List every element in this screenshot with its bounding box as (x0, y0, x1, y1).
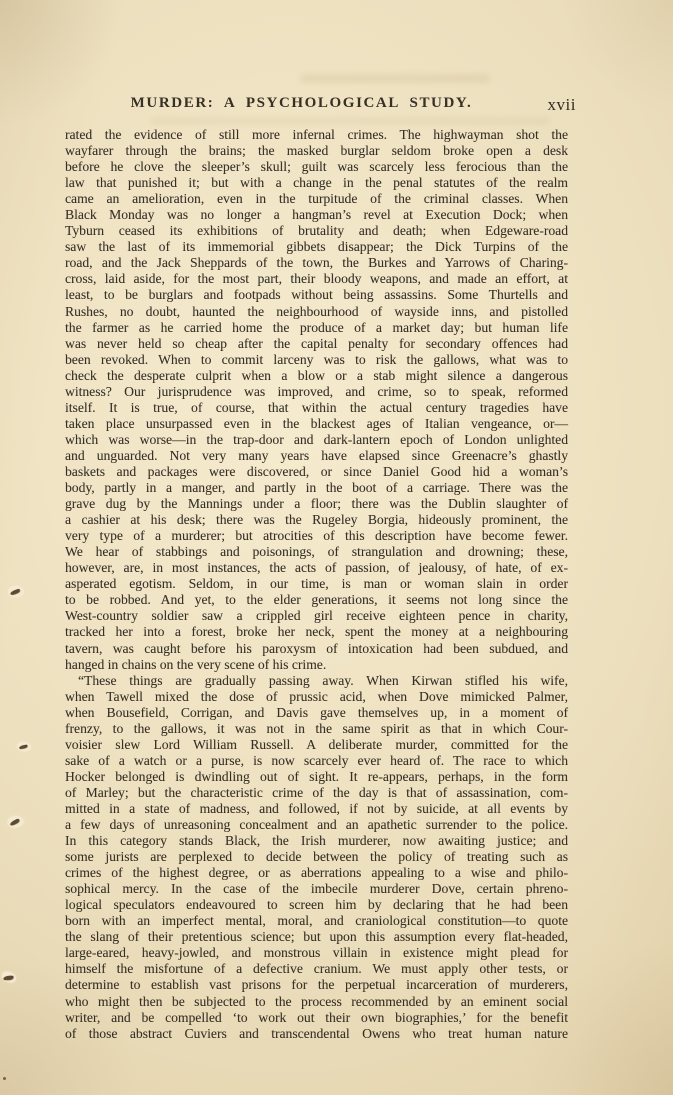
text-line: asperated egotism. Seldom, in our time, … (65, 576, 568, 592)
text-line: check the desperate culprit when a blow … (65, 368, 568, 384)
text-line: tavern, was caught before his paroxysm o… (65, 641, 568, 657)
book-page: MURDER: A PSYCHOLOGICAL STUDY. xvii rate… (0, 0, 673, 1095)
text-line: came an amelioration, even in the turpit… (65, 191, 568, 207)
body-text: rated the evidence of still more inferna… (65, 127, 568, 1042)
text-line: the farmer as he carried home the produc… (65, 320, 568, 336)
paper-chip (1, 970, 18, 984)
text-line: sophical mercy. In the case of the imbec… (65, 881, 568, 897)
blemish-mark (19, 744, 28, 749)
text-line: large-eared, heavy-jowled, and monstrous… (65, 945, 568, 961)
paper-chip (8, 586, 24, 597)
paper-chip (7, 815, 24, 828)
paper-chip (17, 741, 32, 752)
text-line: itself. It is true, of course, that with… (65, 400, 568, 416)
text-line: the slang of their pretentious science; … (65, 929, 568, 945)
text-line: when Tawell mixed the dose of prussic ac… (65, 689, 568, 705)
text-line: law that punished it; but with a change … (65, 175, 568, 191)
text-line: of Marley; but the characteristic crime … (65, 785, 568, 801)
text-line: baskets and packages were discovered, or… (65, 464, 568, 480)
text-line: least, to be burglars and footpads witho… (65, 287, 568, 303)
text-line: saw the last of its immemorial gibbets d… (65, 239, 568, 255)
text-line: voisier slew Lord William Russell. A del… (65, 737, 568, 753)
text-line: West-country soldier saw a crippled girl… (65, 608, 568, 624)
text-line: crimes of the highest degree, or as aber… (65, 865, 568, 881)
text-line: born with an imperfect mental, moral, an… (65, 913, 568, 929)
text-line: Rushes, no doubt, haunted the neighbourh… (65, 304, 568, 320)
text-line: tracked her into a forest, broke her nec… (65, 624, 568, 640)
paragraph: rated the evidence of still more inferna… (65, 127, 568, 673)
blemish-mark (9, 818, 20, 826)
blemish-mark (10, 589, 21, 596)
text-line: determine to establish vast prisons for … (65, 977, 568, 993)
text-line: witness? Our jurisprudence was improved,… (65, 384, 568, 400)
reverse-side-show-through (300, 74, 490, 83)
text-line: We hear of stabbings and poisonings, of … (65, 544, 568, 560)
running-header: MURDER: A PSYCHOLOGICAL STUDY. xvii (65, 95, 568, 115)
text-line: however, are, in most instances, the act… (65, 560, 568, 576)
text-line: a cashier at his desk; there was the Rug… (65, 512, 568, 528)
text-line: a few days of unreasoning concealment an… (65, 817, 568, 833)
text-line: writer, and be compelled ‘to work out th… (65, 1010, 568, 1026)
text-line: to be robbed. And yet, to the elder gene… (65, 592, 568, 608)
text-line: rated the evidence of still more inferna… (65, 127, 568, 143)
blemish-mark (3, 975, 13, 980)
text-line: when Bousefield, Corrigan, and Davis gav… (65, 705, 568, 721)
text-line: taken place unsurpassed even in the blac… (65, 416, 568, 432)
text-line: very type of a murderer; but atrocities … (65, 528, 568, 544)
text-line: which was worse—in the trap-door and dar… (65, 432, 568, 448)
paragraph: “These things are gradually passing away… (65, 673, 568, 1042)
page-title: MURDER: A PSYCHOLOGICAL STUDY. (65, 95, 538, 112)
text-line: frenzy, to the gallows, it was not in th… (65, 721, 568, 737)
text-line: wayfarer through the brains; the masked … (65, 143, 568, 159)
ink-speck (3, 1077, 6, 1080)
text-line: mitted in a state of madness, and follow… (65, 801, 568, 817)
text-line: hanged in chains on the very scene of hi… (65, 657, 568, 673)
text-line: of those abstract Cuviers and transcende… (65, 1026, 568, 1042)
text-line: sake of a watch or a purse, is now scarc… (65, 753, 568, 769)
text-line: road, and the Jack Sheppards of the town… (65, 255, 568, 271)
reverse-side-show-through (150, 117, 550, 125)
text-line: logical speculators endeavoured to scree… (65, 897, 568, 913)
text-line: Tyburn ceased its exhibitions of brutali… (65, 223, 568, 239)
text-line: been revoked. When to commit larceny was… (65, 352, 568, 368)
text-line: cross, laid aside, for the most part, th… (65, 271, 568, 287)
text-line: who might then be subjected to the proce… (65, 994, 568, 1010)
text-line: and unguarded. Not very many years have … (65, 448, 568, 464)
text-line: before he clove the sleeper’s skull; gui… (65, 159, 568, 175)
text-line: body, partly in a manger, and partly in … (65, 480, 568, 496)
text-line: some jurists are perplexed to decide bet… (65, 849, 568, 865)
page-number: xvii (548, 95, 576, 115)
text-line: himself the misfortune of a defective cr… (65, 961, 568, 977)
text-line: “These things are gradually passing away… (65, 673, 568, 689)
text-line: was never held so cheap after the capita… (65, 336, 568, 352)
text-line: Hocker belonged is dwindling out of sigh… (65, 769, 568, 785)
text-line: grave dug by the Mannings under a floor;… (65, 496, 568, 512)
text-line: Black Monday was no longer a hangman’s r… (65, 207, 568, 223)
text-line: In this category stands Black, the Irish… (65, 833, 568, 849)
